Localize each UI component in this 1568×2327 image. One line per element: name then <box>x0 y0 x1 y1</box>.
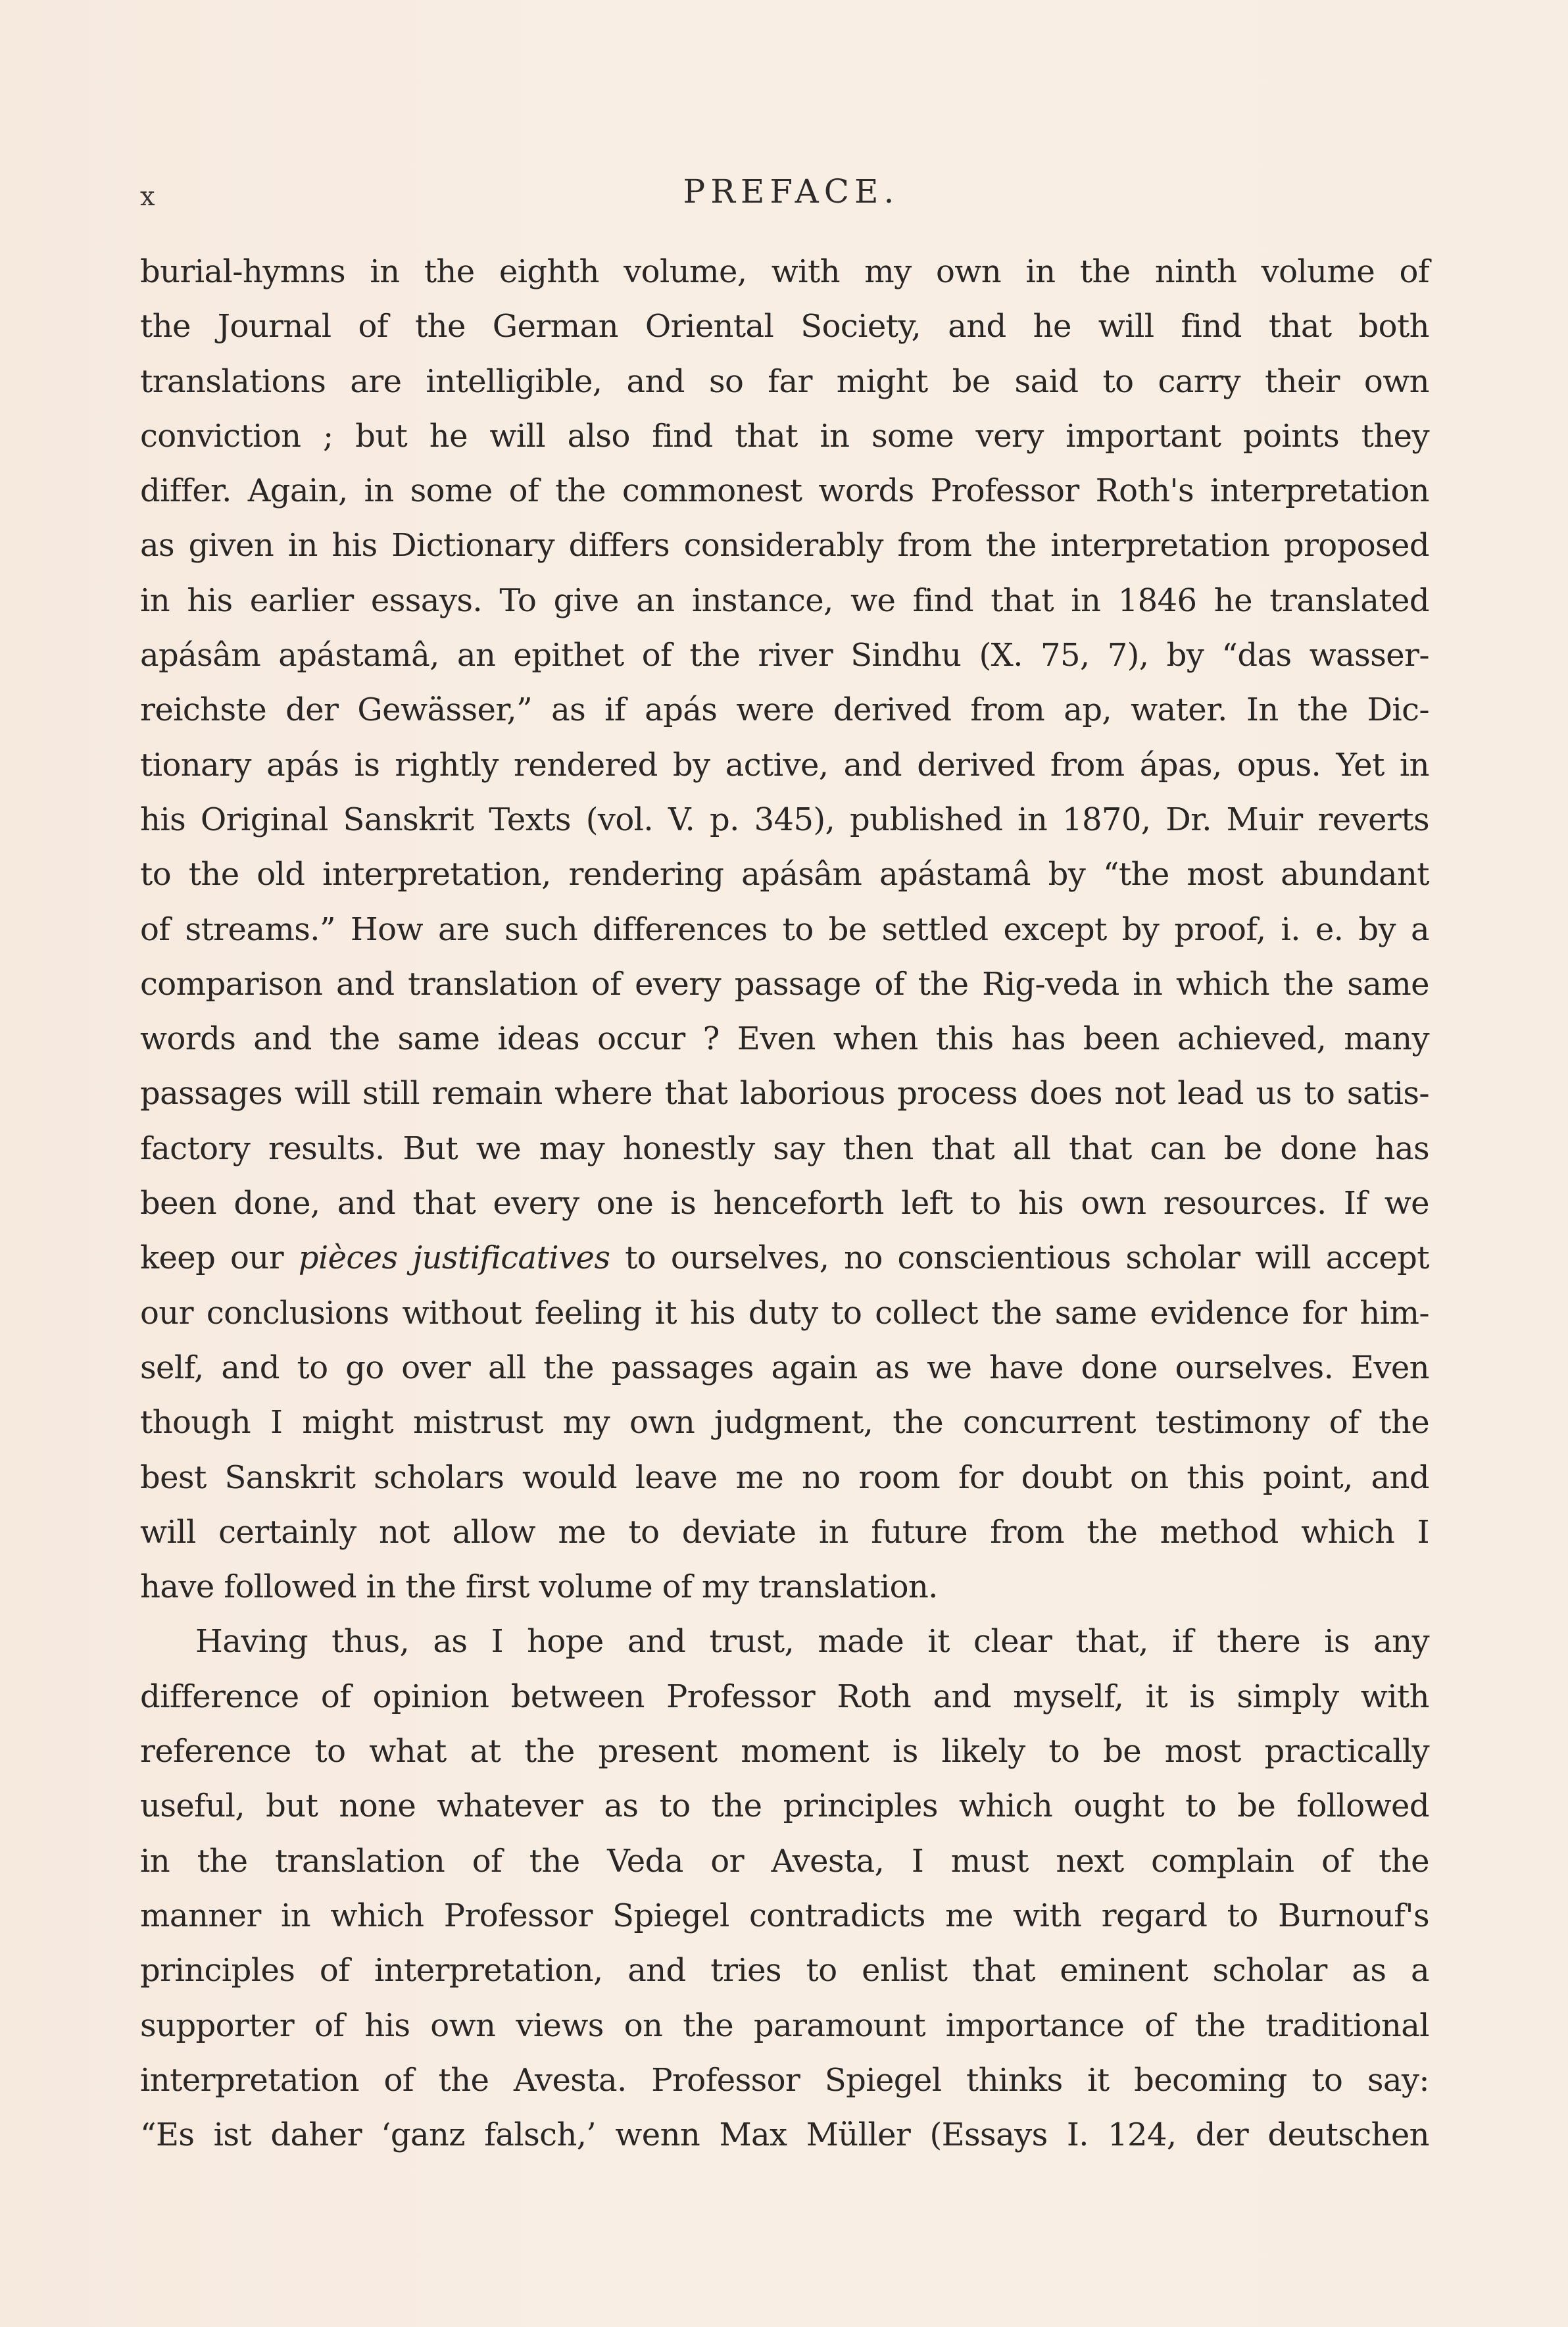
text-line: passages will still remain where that la… <box>140 1066 1429 1121</box>
text-line: conviction ; but he will also find that … <box>140 409 1429 464</box>
text-line: supporter of his own views on the paramo… <box>140 1999 1429 2053</box>
text-line: in his earlier essays. To give an instan… <box>140 574 1429 628</box>
text-line: burial-hymns in the eighth volume, with … <box>140 245 1429 299</box>
running-head: x PREFACE. <box>140 172 1429 218</box>
text-line: been done, and that every one is hencefo… <box>140 1176 1429 1231</box>
text-line: our conclusions without feeling it his d… <box>140 1286 1429 1341</box>
text-line: principles of interpretation, and tries … <box>140 1943 1429 1998</box>
text-line: interpretation of the Avesta. Professor … <box>140 2053 1429 2108</box>
italic-phrase: pièces justificatives <box>299 1239 610 1276</box>
text-line: as given in his Dictionary differs consi… <box>140 518 1429 573</box>
text-line: tionary apás is rightly rendered by acti… <box>140 738 1429 793</box>
text-fragment: keep our <box>140 1239 299 1276</box>
text-line: self, and to go over all the passages ag… <box>140 1341 1429 1395</box>
text-line: manner in which Professor Spiegel contra… <box>140 1889 1429 1943</box>
text-line: reichste der Gewässer,” as if apás were … <box>140 683 1429 738</box>
paragraph-first-line: Having thus, as I hope and trust, made i… <box>140 1614 1429 1669</box>
text-line: best Sanskrit scholars would leave me no… <box>140 1451 1429 1505</box>
text-line: comparison and translation of every pass… <box>140 957 1429 1012</box>
text-fragment: to ourselves, no conscientious scholar w… <box>610 1239 1429 1276</box>
text-line: useful, but none whatever as to the prin… <box>140 1779 1429 1834</box>
text-line: to the old interpretation, rendering apá… <box>140 847 1429 902</box>
book-page: x PREFACE. burial-hymns in the eighth vo… <box>0 0 1568 2327</box>
text-line: translations are intelligible, and so fa… <box>140 355 1429 409</box>
text-line: will certainly not allow me to deviate i… <box>140 1505 1429 1560</box>
text-line: difference of opinion between Professor … <box>140 1670 1429 1724</box>
text-line: apásâm apástamâ, an epithet of the river… <box>140 628 1429 683</box>
text-line: “Es ist daher ‘ganz falsch,’ wenn Max Mü… <box>140 2108 1429 2163</box>
text-line: reference to what at the present moment … <box>140 1724 1429 1779</box>
text-line: his Original Sanskrit Texts (vol. V. p. … <box>140 793 1429 847</box>
text-line: differ. Again, in some of the commonest … <box>140 464 1429 518</box>
text-line: of streams.” How are such differences to… <box>140 903 1429 957</box>
text-line: factory results. But we may honestly say… <box>140 1122 1429 1176</box>
text-line: in the translation of the Veda or Avesta… <box>140 1834 1429 1889</box>
running-title: PREFACE. <box>140 172 1429 211</box>
text-line-with-italic: keep our pièces justificatives to oursel… <box>140 1231 1429 1286</box>
text-line: words and the same ideas occur ? Even wh… <box>140 1012 1429 1066</box>
text-line: though I might mistrust my own judgment,… <box>140 1395 1429 1450</box>
body-text: burial-hymns in the eighth volume, with … <box>140 245 1429 2163</box>
paragraph-end-line: have followed in the first volume of my … <box>140 1560 1429 1614</box>
text-line: the Journal of the German Oriental Socie… <box>140 299 1429 354</box>
